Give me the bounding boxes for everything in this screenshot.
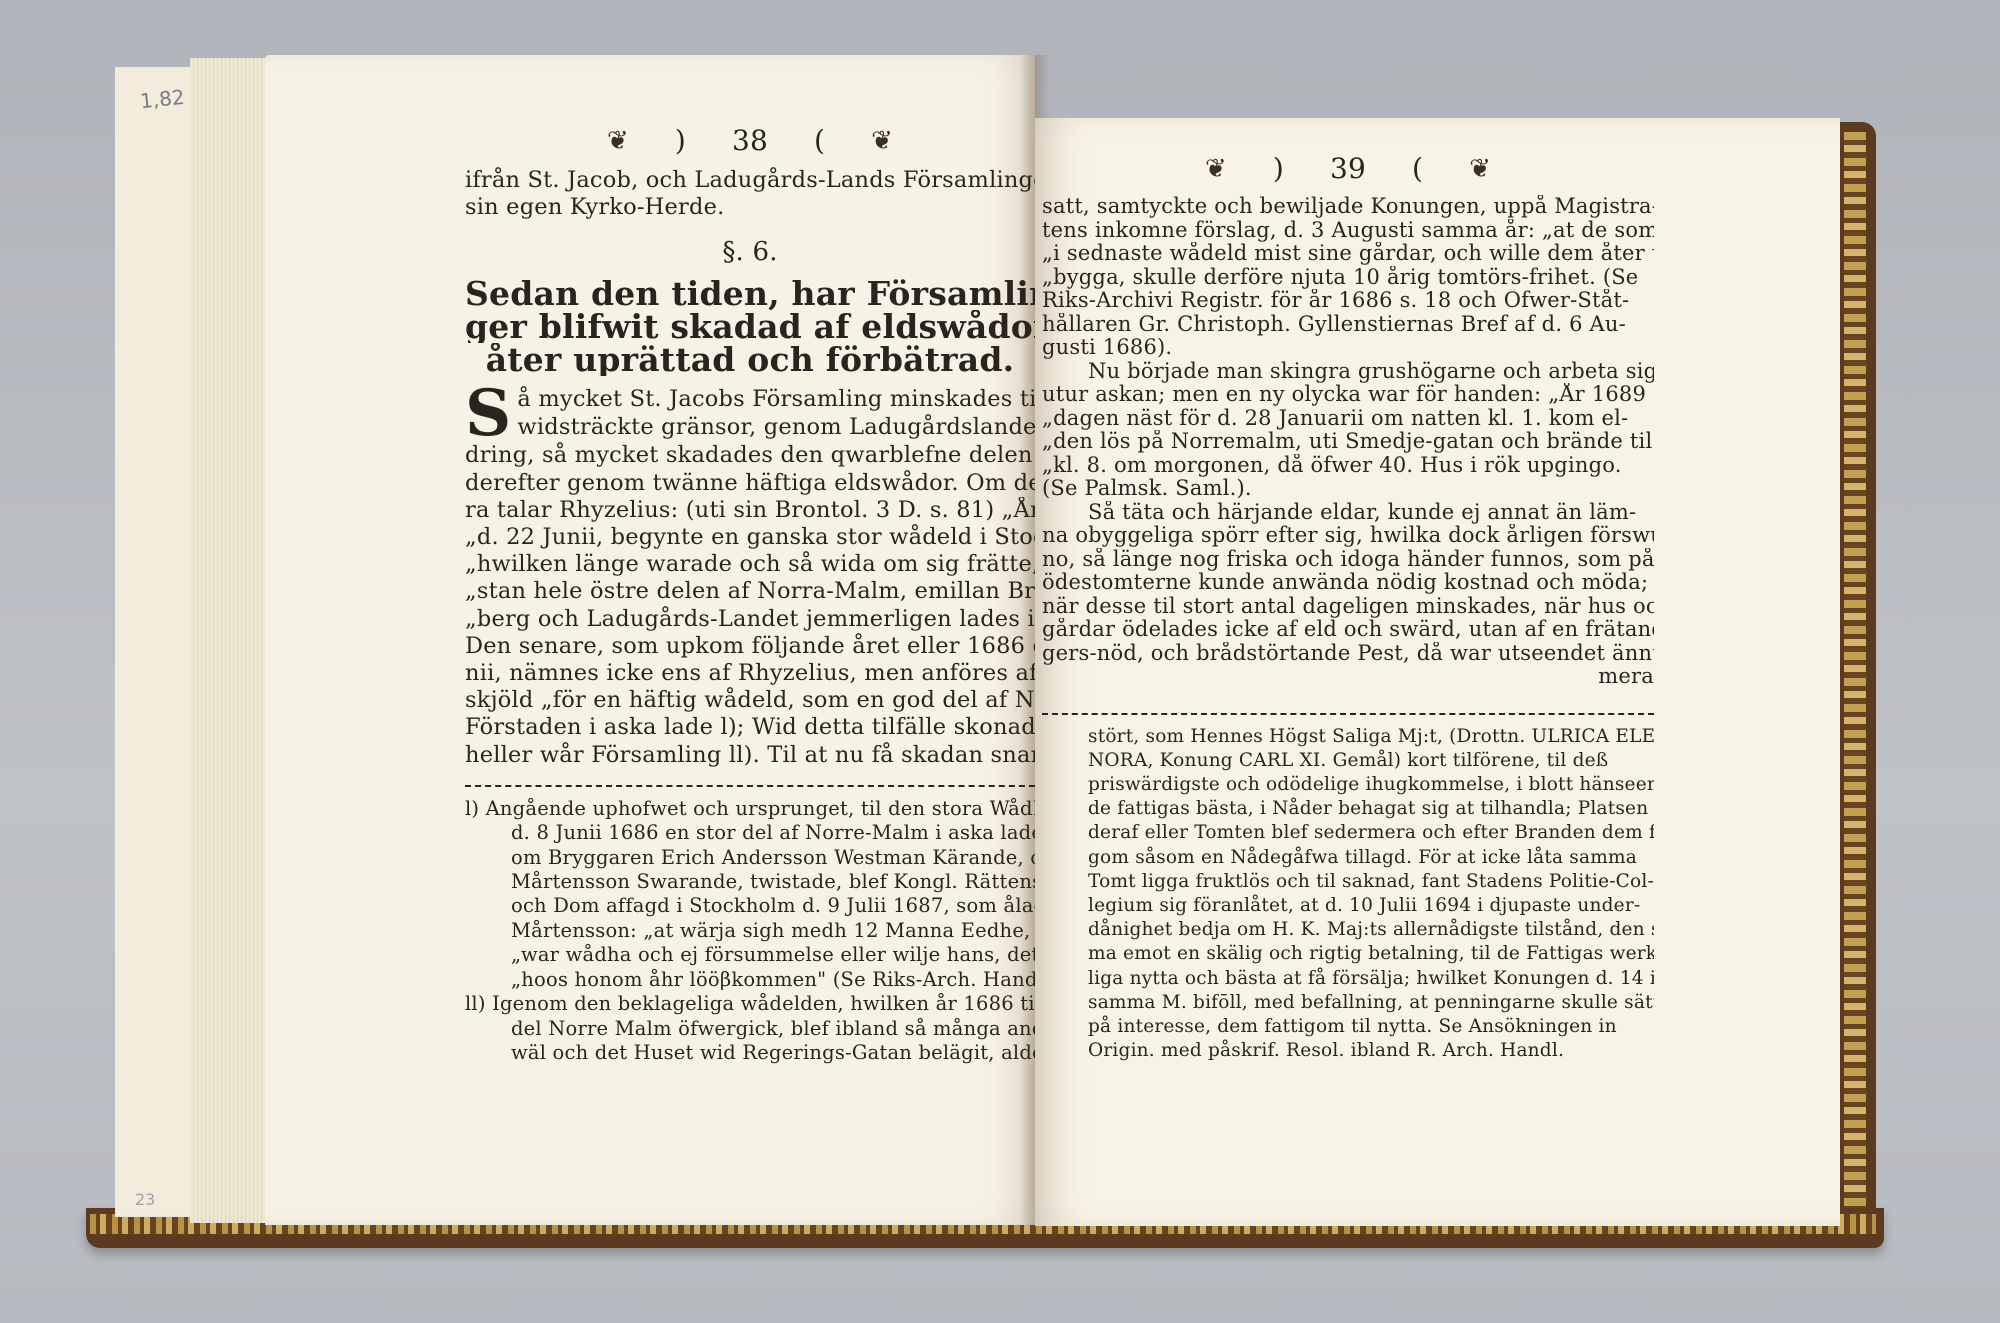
ornament-icon: ❦ [871,126,893,156]
paragraph-start: Nu började man skingra grushögarne och a… [1042,360,1654,384]
body-text: satt, samtyckte och bewiljade Konungen, … [1042,195,1654,689]
right-page-text: ❦ ) 39 ( ❦ satt, samtyckte och bewiljade… [1042,152,1654,1063]
footnote-l: l) Angående uphofwet och ursprunget, til… [465,797,1035,821]
footnotes: l) Angående uphofwet och ursprunget, til… [465,797,1035,1065]
section-title: Sedan den tiden, har Församlingen åtskil… [465,277,1035,376]
dropcap-initial: S [465,386,511,442]
pencil-annotation-bottom: 23 [135,1190,155,1209]
ornament-icon: ❦ [1205,154,1227,184]
gilt-border-ornament [1844,132,1866,1212]
section-number: §. 6. [465,237,1035,267]
page-number: 39 [1330,152,1366,185]
footnote-divider [1042,713,1654,715]
footnote-ll: ll) Igenom den beklageliga wådelden, hwi… [465,992,1035,1016]
page-block-edges [190,58,270,1223]
book-cover-fore-edge [1836,122,1876,1222]
page-number: 38 [732,124,768,157]
page-header: ❦ ) 39 ( ❦ [1042,152,1654,185]
paragraph-start: Så täta och härjande eldar, kunde ej ann… [1042,501,1654,525]
body-text: S å mycket St. Jacobs Församling minskad… [465,386,1035,768]
ornament-icon: ❦ [607,126,629,156]
carry-over-text: ifrån St. Jacob, och Ladugårds-Lands För… [465,167,1035,221]
left-page-text: ❦ ) 38 ( ❦ ifrån St. Jacob, och Ladugård… [465,124,1035,1065]
ornament-icon: ❦ [1469,154,1491,184]
catchword: mera [1042,665,1654,689]
footnote-divider [465,785,1035,787]
flyleaf: 1,82 23 [115,67,195,1217]
footnote-continuation: stört, som Hennes Högst Saliga Mj:t, (Dr… [1042,725,1654,1064]
page-header: ❦ ) 38 ( ❦ [465,124,1035,157]
pencil-annotation: 1,82 [139,85,186,114]
